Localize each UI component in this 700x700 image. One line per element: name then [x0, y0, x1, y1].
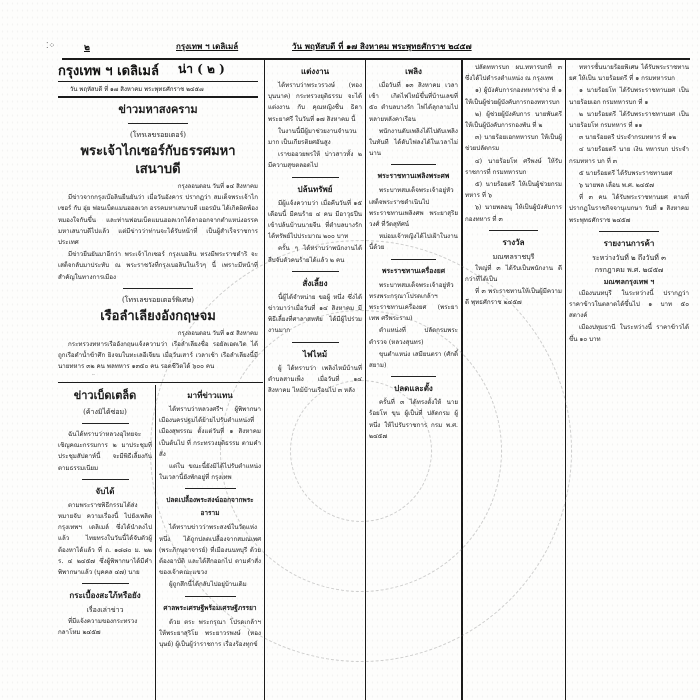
- article-dateline: กรุงลอนดอน วันที่ ๑๔ สิงหาคม: [58, 181, 258, 192]
- running-header-date: วัน พฤหัสบดี ที่ ๑๗ สิงหาคม พระพุทธศักรา…: [292, 40, 472, 53]
- article-headline: มาที่ข่าวแทน: [159, 389, 261, 402]
- article-paragraph: ผู้ ได้ทราบว่า เพลิงไหม้บ้านที่ตำบลสามเพ…: [268, 363, 362, 397]
- article-headline: เรือลำเลียงอังกฤษจม: [58, 308, 258, 326]
- masthead-rule-top: [58, 81, 258, 82]
- article-subhead: มณฑลกรุงเทพ ฯ: [569, 276, 689, 288]
- article-paragraph: ๒ นายร้อยตรี ได้รับพระราชทานยศ เป็น นายร…: [569, 109, 689, 131]
- article-paragraph: ทหารชั้นนายร้อยพิเศษ ได้รับพระราชทานยศ ใ…: [569, 62, 689, 84]
- column-divider: [565, 60, 566, 700]
- section-heading: ข่าวมหาสงคราม: [58, 102, 258, 118]
- article-paragraph: ตามพระราชพิธีกรรมได้ส่งหมายจับ ความเรื่อ…: [58, 500, 152, 578]
- article-paragraph: กระทรวงทหารเรืออังกฤษแจ้งความว่า เรือลำเ…: [58, 339, 258, 373]
- masthead-dateline: วัน พฤหัสบดี ที่ ๑๗ สิงหาคม พระพุทธศักรา…: [70, 84, 204, 94]
- article-paragraph: เมื่อวันที่ ๑๓ สิงหาคม เวลาเช้า เกิดไฟไห…: [369, 80, 458, 125]
- article-dateline: กรกฎาคม พ.ศ. ๒๔๕๗: [569, 264, 689, 276]
- article-headline: เพลิง: [369, 65, 458, 78]
- article-paragraph: ปลัดทหารบก ผบ.ทหารบกที่ ๓ ซึ่งได้ไปดำรงต…: [465, 62, 562, 84]
- article-paragraph: ครั้นที่ ๓ ได้ทรงตั้งให้ นายร้อยโท ขุน ผ…: [369, 397, 458, 442]
- column-5: ปลัดทหารบก ผบ.ทหารบกที่ ๓ ซึ่งได้ไปดำรงต…: [465, 62, 562, 700]
- article-paragraph: เมืองนนทบุรี ในระหว่างนี้ ปรากฏว่า ราคาข…: [569, 288, 689, 322]
- article-paragraph: พระบาทสมเด็จพระเจ้าอยู่หัว เสด็จพระราชดำ…: [369, 185, 458, 230]
- article-subhead: เรื่องเล่าข่าว: [58, 604, 152, 616]
- article-paragraph: ๖ นายพล เลื่อน พ.ศ. ๒๔๕๗: [569, 180, 689, 191]
- column-6: ทหารชั้นนายร้อยพิเศษ ได้รับพระราชทานยศ ใ…: [569, 62, 689, 700]
- article-paragraph: ๔) นายร้อยโท ศรีพงษ์ ให้รับราชการที่ กรม…: [465, 156, 562, 178]
- column-3: แต่งงาน ได้ทราบว่าพระวรวงษ์ (ทองบุนนาค) …: [268, 62, 362, 700]
- article-paragraph: พระบาทสมเด็จพระเจ้าอยู่หัว ทรงพระกรุณาโป…: [369, 280, 458, 325]
- article-paragraph: ผู้ถูกสึกนี้ได้กลับไปอยู่บ้านเดิม: [159, 579, 261, 590]
- article-paragraph: เราขออวยพรให้ บ่าวสาวทั้ง ๒ มีความสุขตลอ…: [268, 149, 362, 171]
- article-headline: พระราชทานเครื่องยศ: [369, 265, 458, 278]
- article-paragraph: ที่ ๓ พระราชทานให้เป็นผู้มีความดี พุทธศั…: [465, 286, 562, 308]
- article-headline: ศาลพระเศรษฐีพร้อมเศรษฐีภรรยา: [159, 602, 261, 615]
- column-1-top: ข่าวมหาสงคราม (โทรเลขรอยเตอร์) พระเจ้าไก…: [58, 100, 258, 375]
- article-paragraph: เมืองปทุมธานี ในระหว่างนี้ ราคาข้าวได้ขึ…: [569, 322, 689, 344]
- article-headline: จับได้: [58, 485, 152, 498]
- margin-mark: ⁚⁘: [46, 41, 55, 50]
- article-headline: สั่งเลี้ยง: [268, 277, 362, 290]
- article-dateline: กรุงลอนดอน วันที่ ๑๕ สิงหาคม: [58, 328, 258, 339]
- article-paragraph: ได้ทราบว่าพระวรวงษ์ (ทองบุนนาค) กระทรวงย…: [268, 80, 362, 125]
- article-paragraph: ใหญ่ที่ ๓ ได้รับเป็นพนักงาน ดีกว่าที่ได้…: [465, 263, 562, 285]
- section-rule: [58, 382, 263, 383]
- article-paragraph: แต่ใน ขณะนี้ยังมิได้ไปรับตำแหน่ง ในเวลาน…: [159, 461, 261, 483]
- article-paragraph: ๓) นายร้อยเอกทหารบก ให้เป็นผู้ช่วยปลัดกร…: [465, 132, 562, 154]
- article-paragraph: มีข่าวจากกรุงเบ๊อลินยืนยันว่า เมื่อวันอั…: [58, 192, 258, 248]
- article-headline: รางวัล: [465, 236, 562, 249]
- masthead-page-label: น่า ( ๒ ): [178, 60, 225, 79]
- article-paragraph: ที่ ๓ คน ได้รับพระราชทานยศ ตามที่ปรากฏใน…: [569, 192, 689, 226]
- running-header-page-number: ๒: [84, 40, 90, 54]
- article-headline: พระเจ้าไกเซอร์กับธรรศมหาเสนาบดี: [58, 143, 258, 179]
- article-paragraph: ๕) นายร้อยตรี ให้เป็นผู้ช่วยกรมทหาร ที่ …: [465, 179, 562, 201]
- article-subhead: ระหว่างวันที่ ๒ ถึงวันที่ ๓: [569, 252, 689, 264]
- column-divider: [365, 60, 366, 700]
- section-heading: ข่าวเบ็ดเตล็ด: [58, 388, 152, 404]
- column-divider: [264, 60, 265, 700]
- article-paragraph: ได้ทราบข่าวว่าพระสงฆ์ในวัดแห่งหนึ่ง ได้ถ…: [159, 522, 261, 578]
- article-headline: พระราชทานเพลิงพระศพ: [369, 170, 458, 183]
- article-paragraph: พนักงานดับเพลิงได้ไปดับเพลิงในทันที ได้ด…: [369, 126, 458, 160]
- article-paragraph: ๑) ผู้บังคับการกองทหารช่าง ที่ ๑ ให้เป็น…: [465, 85, 562, 107]
- article-paragraph: ๓ นายร้อยตรี ประจำกรมทหาร ที่ ๑๒: [569, 132, 689, 143]
- article-paragraph: ฉันได้ทราบว่าหลวงอุไทยจะเชิญคณะกรรมการ ๒…: [58, 429, 152, 474]
- masthead-title: กรุงเทพ ฯ เดลิเมล์: [58, 60, 159, 81]
- article-source: (โทรเลขรอยเตอร์): [58, 129, 258, 141]
- article-headline: รายงานการค้า: [569, 237, 689, 250]
- masthead-rule-bottom: [58, 96, 258, 98]
- article-paragraph: ๖) นายพลอนุ ให้เป็นผู้บังคับการกองทหาร ท…: [465, 202, 562, 224]
- article-paragraph: ๒) ผู้ช่วยผู้บังคับการ นายพันตรี ให้เป็น…: [465, 109, 562, 131]
- article-paragraph: มีข่าวยืนยันมาอีกว่า พระเจ้าไกเซอร์ กรุง…: [58, 249, 258, 283]
- column-2: มาที่ข่าวแทน ได้ทราบว่าหลวงศรีฯ ผู้พิพาก…: [159, 386, 261, 700]
- article-paragraph: ได้ทราบว่าหลวงศรีฯ ผู้พิพากษาเมืองนครปฐม…: [159, 404, 261, 460]
- article-headline: กระเบื้องสะใภ้หรือยัง: [58, 589, 152, 602]
- article-headline: แต่งงาน: [268, 65, 362, 78]
- article-source: (โทรเลขรอยเตอร์พิเศษ): [58, 294, 258, 306]
- newspaper-page: ⁚⁘ ๒ กรุงเทพ ฯ เดลิเมล์ วัน พฤหัสบดี ที่…: [0, 0, 700, 700]
- article-paragraph: ๔ นายร้อยตรี นาย เงิน ทหารบก ประจำกรมทหา…: [569, 144, 689, 166]
- article-paragraph: หม่อมเจ้าหญิงได้ไปเฝ้าในงานนี้ด้วย: [369, 231, 458, 253]
- article-paragraph: ๑ นายร้อยโท ได้รับพระราชทานยศ เป็นนายร้อ…: [569, 85, 689, 107]
- article-headline: ไฟไหม้: [268, 348, 362, 361]
- article-paragraph: ด้วย ตระ พระกรุณา โปรดเกล้าฯ ให้พระยาสุร…: [159, 617, 261, 651]
- article-paragraph: ตำแหน่งที่ ปลัดกรมพระตำรวจ (หลวงสุนทร): [369, 325, 458, 347]
- article-paragraph: ครั้น ๆ ได้ทราบว่าพนักงานได้สืบจับตัวคนร…: [268, 243, 362, 265]
- column-divider: [461, 60, 463, 700]
- article-headline: ปลดและตั้ง: [369, 382, 458, 395]
- column-1-bottom: ข่าวเบ็ดเตล็ด (ค้างมิได้ซ่อม) ฉันได้ทราบ…: [58, 386, 152, 700]
- article-paragraph: ในงานนี้มีผู้มาช่วยงานจำนวนมาก เป็นเกียร…: [268, 126, 362, 148]
- article-paragraph: สองท่านนี้ได้ออกจากเมือง แต่ได้ข่าวมาถึง…: [58, 374, 258, 375]
- article-source: (ค้างมิได้ซ่อม): [58, 406, 152, 418]
- article-paragraph: นี้ผู้ได้จำหน่าย ขอผู้ หนึ่ง ซึ่งได้ข่าว…: [268, 292, 362, 337]
- article-paragraph: มีผู้แจ้งความว่า เมื่อคืนวันที่ ๑๕ เดือน…: [268, 198, 362, 243]
- article-paragraph: ขุนตำแหน่ง เสมียนตรา (ศักดิ์สยาม): [369, 349, 458, 371]
- article-headline: ปล้นทรัพย์: [268, 183, 362, 196]
- column-4: เพลิง เมื่อวันที่ ๑๓ สิงหาคม เวลาเช้า เก…: [369, 62, 458, 700]
- article-headline: ปลดเปลื้องพระสงฆ์ออกจากพระอาราม: [159, 494, 261, 520]
- running-header-paper-name: กรุงเทพ ฯ เดลิเมล์: [176, 40, 238, 53]
- article-paragraph: ที่มีแจ้งความของกระทรวงกลาโหม ๒๔๕๗: [58, 616, 152, 638]
- article-subhead: มณฑลราชบุรี: [465, 251, 562, 263]
- article-paragraph: ๕ นายร้อยตรี ได้รับพระราชทานยศ: [569, 168, 689, 179]
- column-divider: [155, 385, 156, 700]
